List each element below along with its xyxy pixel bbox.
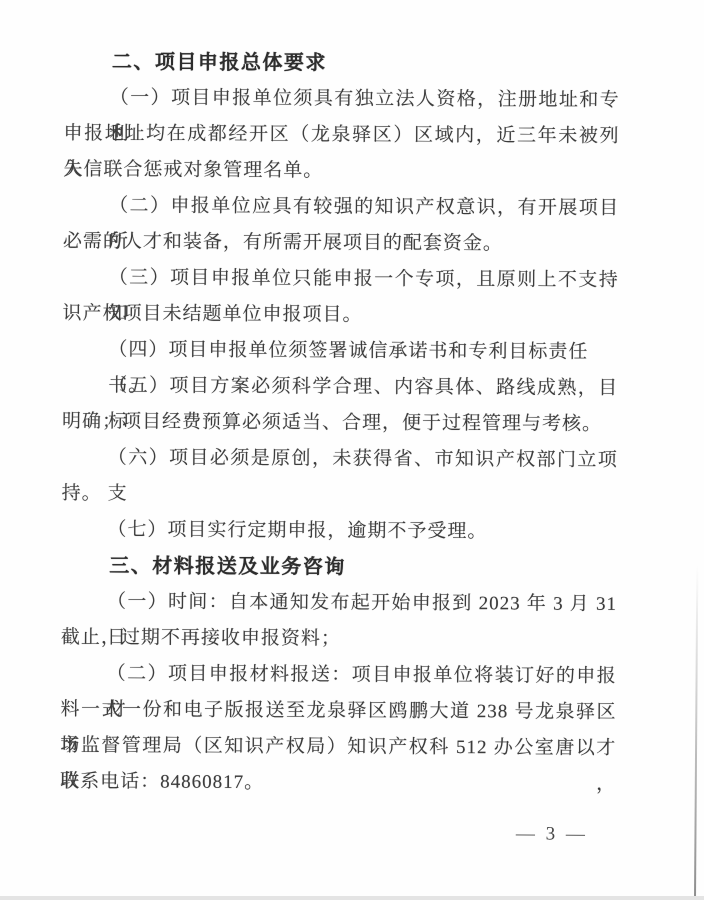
document-body: 二、项目申报总体要求 （一）项目申报单位须具有独立法人资格，注册地址和专利 申报… [60,44,620,853]
scan-bottom-edge-artifact [0,896,704,900]
section-heading: 二、项目申报总体要求 [64,44,620,83]
scanned-document-page: 二、项目申报总体要求 （一）项目申报单位须具有独立法人资格，注册地址和专利 申报… [0,0,704,900]
paragraph-line: 持。 [62,476,618,515]
paragraph-line: （二）申报单位应具有较强的知识产权意识，有开展项目所 [63,188,619,227]
paragraph-line: 识产权项目未结题单位申报项目。 [62,296,618,335]
paragraph-line: （一）项目申报单位须具有独立法人资格，注册地址和专利 [64,80,620,119]
paragraph-line: （三）项目申报单位只能申报一个专项，且原则上不支持知 [63,260,619,299]
paragraph-line: 截止，过期不再接收申报资料； [61,620,617,659]
paragraph-line: 明确；项目经费预算必须适当、合理，便于过程管理与考核。 [62,404,618,443]
paragraph-line: （五）项目方案必须科学合理、内容具体、路线成熟，目标 [62,368,618,407]
paragraph-line: 失信联合惩戒对象管理名单。 [63,152,619,191]
paragraph-line: 申报地址均在成都经开区（龙泉驿区）区域内，近三年未被列入 [63,116,619,155]
page-number: — 3 — [60,814,616,853]
paragraph-line: （一）时间：自本通知发布起开始申报到 2023 年 3 月 31 日 [61,584,617,623]
paragraph-line: （六）项目必须是原创，未获得省、市知识产权部门立项支 [62,440,618,479]
paragraph-line: （四）项目申报单位须签署诚信承诺书和专利目标责任书。 [62,332,618,371]
paragraph-line: 必需的人才和装备，有所需开展项目的配套资金。 [63,224,619,263]
paragraph-line: （七）项目实行定期申报，逾期不予受理。 [61,512,617,551]
scan-page-edge-artifact [694,565,698,900]
paragraph-line: 料一式一份和电子版报送至龙泉驿区鸥鹏大道 238 号龙泉驿区市 [60,692,616,731]
paragraph-line: 场监督管理局（区知识产权局）知识产权科 512 办公室唐以才收， [60,728,616,767]
section-heading: 三、材料报送及业务咨询 [61,548,617,587]
paragraph-line: （二）项目申报材料报送：项目申报单位将装订好的申报材 [61,656,617,695]
